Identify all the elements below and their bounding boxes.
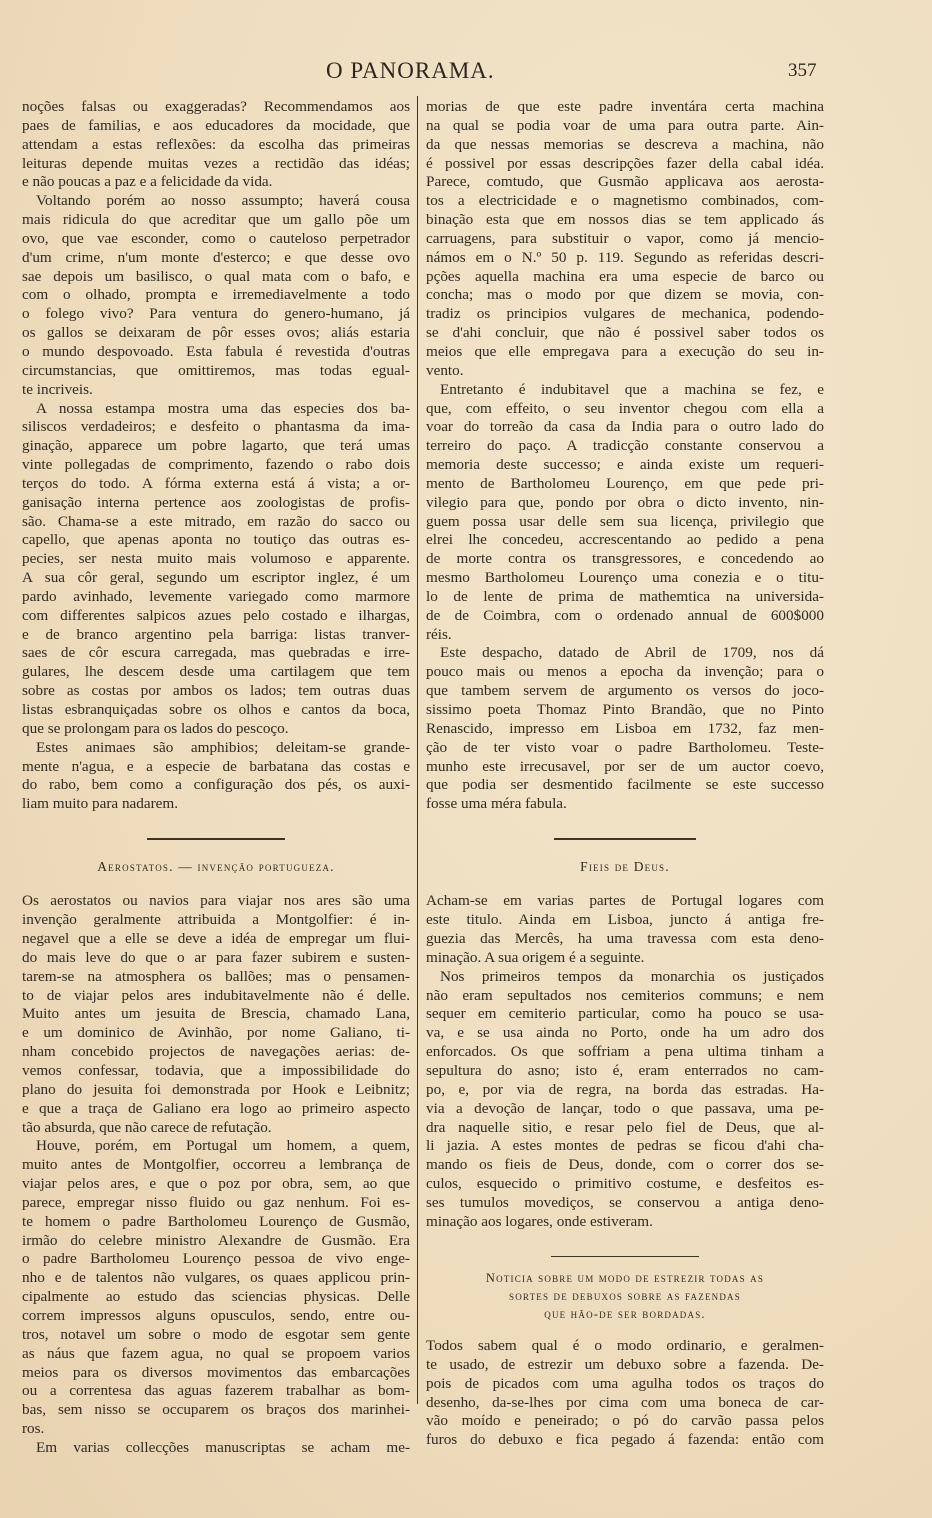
text-line: Este despacho, datado de Abril de 1709, … <box>426 644 824 663</box>
text-line: A sua côr geral, segundo um escriptor in… <box>22 569 410 588</box>
text-line: sequer em cemiterio particular, como ha … <box>426 1005 824 1024</box>
text-line: memoria deste successo; e ainda existe u… <box>426 456 824 475</box>
text-line: liam muito para nadarem. <box>22 795 410 814</box>
text-line: réis. <box>426 626 824 645</box>
text-line: guem possa usar delle sem sua licença, p… <box>426 513 824 532</box>
text-line: siliscos verdadeiros; e desfeito o phant… <box>22 418 410 437</box>
basilisk-paragraph-1: noções falsas ou exaggeradas? Recommenda… <box>22 98 410 192</box>
text-line: mando os fieis de Deus, donde, com o cor… <box>426 1156 824 1175</box>
text-line: tradiz os principios vulgares de mechani… <box>426 305 824 324</box>
text-line: morias de que este padre inventára certa… <box>426 98 824 117</box>
text-line: meios para os diversos movimentos das em… <box>22 1364 410 1383</box>
right-column: morias de que este padre inventára certa… <box>426 98 824 1450</box>
fieis-de-deus-heading: Fieis de Deus. <box>426 858 824 877</box>
text-line: com o olhado, prompta e irremediavelment… <box>22 286 410 305</box>
noticia-paragraph-1: Todos sabem qual é o modo ordinario, e g… <box>426 1337 824 1450</box>
journal-title: O PANORAMA. <box>326 58 495 84</box>
text-line: fosse uma méra fabula. <box>426 795 824 814</box>
text-line: o mundo despovoado. Esta fabula é revest… <box>22 343 410 362</box>
text-line: voar do torreão da casa da India para o … <box>426 418 824 437</box>
text-line: sae depois um basilisco, o qual mata com… <box>22 268 410 287</box>
text-line: listas esbranquiçadas sobre os olhos e c… <box>22 701 410 720</box>
text-line: dra naquelle sitio, e resar pelo fiel de… <box>426 1119 824 1138</box>
text-line: as náus que fazem agua, no qual se propo… <box>22 1345 410 1364</box>
text-line: mente n'agua, e a especie de barbatana d… <box>22 758 410 777</box>
aerostatos-paragraph-1: Os aerostatos ou navios para viajar nos … <box>22 892 410 1137</box>
text-line: e de branco argentino pela barriga: list… <box>22 626 410 645</box>
text-line: e que a traça de Galiano era logo ao pri… <box>22 1100 410 1119</box>
text-line: com differentes salpicos azues pelo cost… <box>22 607 410 626</box>
text-line: negavel que a elle se deve a idéa de emp… <box>22 930 410 949</box>
text-line: o padre Bartholomeu Lourenço pessoa de v… <box>22 1250 410 1269</box>
text-line: pecies, ser nesta muito mais volumoso e … <box>22 550 410 569</box>
text-line: mento de Bartholomeu Lourenço, em que pe… <box>426 475 824 494</box>
text-line: do mais leve do que o ar para fazer subi… <box>22 949 410 968</box>
text-line: sepultura do asno; isto é, eram enterrad… <box>426 1062 824 1081</box>
text-line: nho e de talentos não vulgares, os quaes… <box>22 1269 410 1288</box>
text-line: sortes de debuxos sobre as fazendas <box>426 1287 824 1305</box>
text-line: Acham-se em varias partes de Portugal lo… <box>426 892 824 911</box>
text-line: Entretanto é indubitavel que a machina s… <box>426 381 824 400</box>
text-line: vão moído e peneirado; o pó do carvão pa… <box>426 1412 824 1431</box>
text-line: terços do todo. A fórma externa está á v… <box>22 475 410 494</box>
text-line: invenção geralmente attribuida a Montgol… <box>22 911 410 930</box>
text-line: Parece, comtudo, que Gusmão applicava ao… <box>426 173 824 192</box>
text-line: attendam a estas reflexões: da escolha d… <box>22 136 410 155</box>
text-line: são. Chama-se a este mitrado, em razão d… <box>22 513 410 532</box>
text-line: e não poucas a paz e a felicidade da vid… <box>22 173 410 192</box>
text-line: Voltando porém ao nosso assumpto; haverá… <box>22 192 410 211</box>
text-line: minação. A sua origem é a seguinte. <box>426 949 824 968</box>
column-divider <box>417 96 418 1404</box>
text-line: cipalmente ao estudo das sciencias physi… <box>22 1288 410 1307</box>
text-line: gulares, lhe descem desde uma cartilagem… <box>22 663 410 682</box>
text-line: te homem o padre Bartholomeu Lourenço de… <box>22 1213 410 1232</box>
text-line: va, e se usa ainda no Porto, onde ha um … <box>426 1024 824 1043</box>
text-line: Renascido, impresso em Lisboa em 1732, f… <box>426 720 824 739</box>
text-line: concha; mas o modo por que dizem se movi… <box>426 286 824 305</box>
text-line: que tambem servem de argumento os versos… <box>426 682 824 701</box>
basilisk-paragraph-2: Voltando porém ao nosso assumpto; haverá… <box>22 192 410 399</box>
text-line: terreiro do paço. A tradicção constante … <box>426 437 824 456</box>
text-line: na qual se podia voar de uma para outra … <box>426 117 824 136</box>
text-line: ses tumulos movediços, se conservou a an… <box>426 1194 824 1213</box>
text-line: noções falsas ou exaggeradas? Recommenda… <box>22 98 410 117</box>
text-line: furos do debuxo e fica pegado á fazenda:… <box>426 1431 824 1450</box>
text-line: bas, sem nisso se occuparem os braços do… <box>22 1401 410 1420</box>
text-line: munho este irrecusavel, por ser de um au… <box>426 758 824 777</box>
text-line: muito antes de Montgolfier, occorreu a l… <box>22 1156 410 1175</box>
text-line: elrei lhe concedeu, accrescentando ao pe… <box>426 531 824 550</box>
text-line: námos em o N.º 50 p. 119. Segundo as ref… <box>426 249 824 268</box>
text-line: te usado, de estrezir um debuxo sobre a … <box>426 1356 824 1375</box>
noticia-heading: Noticia sobre um modo de estrezir todas … <box>426 1269 824 1323</box>
text-line: ros. <box>22 1420 410 1439</box>
text-line: este titulo. Ainda em Lisboa, juncto á a… <box>426 911 824 930</box>
text-line: da que nessas memorias se descreva a mac… <box>426 136 824 155</box>
text-line: vilegio para que, pondo por obra o dicto… <box>426 494 824 513</box>
text-line: te incriveis. <box>22 381 410 400</box>
text-line: Muito antes um jesuita de Brescia, chama… <box>22 1005 410 1024</box>
text-line: que podia ser desmentido facilmente se e… <box>426 776 824 795</box>
text-line: Noticia sobre um modo de estrezir todas … <box>426 1269 824 1287</box>
aerostatos-heading: Aerostatos. — invenção portugueza. <box>22 858 410 877</box>
text-line: de de Coimbra, com o ordenado annual de … <box>426 607 824 626</box>
basilisk-paragraph-4: Estes animaes são amphibios; deleitam-se… <box>22 739 410 814</box>
text-line: correm impressos alguns opusculos, sendo… <box>22 1307 410 1326</box>
aerostatos-paragraph-2: Houve, porém, em Portugal um homem, a qu… <box>22 1137 410 1439</box>
text-line: os gallos se deixaram de pôr esses ovos;… <box>22 324 410 343</box>
text-line: pois de picados com uma agulha todos os … <box>426 1375 824 1394</box>
text-line: pardo avinhado, levemente variegado como… <box>22 588 410 607</box>
text-line: ção de ter visto voar o padre Bartholome… <box>426 739 824 758</box>
text-line: paes de familias, e aos educadores da mo… <box>22 117 410 136</box>
text-line: pouco mais ou menos a epocha da invenção… <box>426 663 824 682</box>
text-line: mesmo Bartholomeu Lourenço uma conezia e… <box>426 569 824 588</box>
fieis-paragraph-2: Nos primeiros tempos da monarchia os jus… <box>426 968 824 1232</box>
text-line: tos a electricidade e o magnetismo combi… <box>426 192 824 211</box>
text-line: binação esta que em nossos dias se tem a… <box>426 211 824 230</box>
text-line: que, com effeito, o seu inventor chegou … <box>426 400 824 419</box>
text-line: é possivel por essas descripções fazer d… <box>426 155 824 174</box>
text-line: Todos sabem qual é o modo ordinario, e g… <box>426 1337 824 1356</box>
text-line: Estes animaes são amphibios; deleitam-se… <box>22 739 410 758</box>
text-line: carruagens, para substituir o vapor, com… <box>426 230 824 249</box>
text-line: sissimo poeta Thomaz Pinto Brandão, que … <box>426 701 824 720</box>
text-line: vemos confessar, todavia, que a impossib… <box>22 1062 410 1081</box>
text-line: parece, empregar nisso fluido ou gaz nen… <box>22 1194 410 1213</box>
aerostatos-paragraph-3: Em varias collecções manuscriptas se ach… <box>22 1439 410 1458</box>
text-line: via a devoção de lançar, todo o que pass… <box>426 1100 824 1119</box>
text-line: que se prolongam para os lados do pescoç… <box>22 720 410 739</box>
aerostatos-continued-paragraph-2: Entretanto é indubitavel que a machina s… <box>426 381 824 645</box>
basilisk-paragraph-3: A nossa estampa mostra uma das especies … <box>22 400 410 739</box>
fieis-paragraph-1: Acham-se em varias partes de Portugal lo… <box>426 892 824 967</box>
left-column: noções falsas ou exaggeradas? Recommenda… <box>22 98 410 1458</box>
text-line: plano do jesuita foi demonstrada por Hoo… <box>22 1081 410 1100</box>
page-number: 357 <box>788 60 817 82</box>
text-line: A nossa estampa mostra uma das especies … <box>22 400 410 419</box>
text-line: to de viajar pelos ares indubitavelmente… <box>22 987 410 1006</box>
text-line: capello, que apenas aponta no toutiço da… <box>22 531 410 550</box>
text-line: pções aquella machina era uma especie de… <box>426 268 824 287</box>
text-line: ginação, apparece um pobre lagarto, que … <box>22 437 410 456</box>
text-line: tros, notavel um sobre o modo de esgotar… <box>22 1326 410 1345</box>
text-line: vinte pollegadas de comprimento, fazendo… <box>22 456 410 475</box>
page-header: O PANORAMA. 357 <box>0 58 932 88</box>
text-line: lo de lente de prima de mathemtica na un… <box>426 588 824 607</box>
text-line: leituras depende muitas vezes a rectidão… <box>22 155 410 174</box>
text-line: sobre as costas por ambos os lados; tem … <box>22 682 410 701</box>
text-line: Os aerostatos ou navios para viajar nos … <box>22 892 410 911</box>
text-line: meios que elle empregava para a execução… <box>426 343 824 362</box>
text-line: tão absurda, que não carece de refutação… <box>22 1119 410 1138</box>
text-line: minação aos logares, onde estiveram. <box>426 1213 824 1232</box>
text-line: nham concebido projectos de navegações a… <box>22 1043 410 1062</box>
text-line: irmão do celebre ministro Alexandre de G… <box>22 1232 410 1251</box>
text-line: Em varias collecções manuscriptas se ach… <box>22 1439 410 1458</box>
text-line: guezia das Mercês, ha uma travessa com e… <box>426 930 824 949</box>
text-line: o folego vivo? Para ventura do genero-hu… <box>22 305 410 324</box>
aerostatos-continued-paragraph-1: morias de que este padre inventára certa… <box>426 98 824 381</box>
text-line: saes de côr escura carregada, mas quebra… <box>22 644 410 663</box>
text-line: vento. <box>426 362 824 381</box>
text-line: de morte contra os transgressores, e con… <box>426 550 824 569</box>
text-line: tarem-se na atmosphera os ballões; mas o… <box>22 968 410 987</box>
text-line: do rabo, bem como a configuração dos pés… <box>22 776 410 795</box>
text-line: enforcados. Os que soffriam a pena ultim… <box>426 1043 824 1062</box>
text-line: desenho, da-se-lhes por cima com uma bon… <box>426 1394 824 1413</box>
text-line: ganisação interna pertence aos zoologist… <box>22 494 410 513</box>
text-line: mais ridicula do que acreditar que um ga… <box>22 211 410 230</box>
text-line: li jazia. A estes montes de pedras se fi… <box>426 1137 824 1156</box>
text-line: Houve, porém, em Portugal um homem, a qu… <box>22 1137 410 1156</box>
text-line: ou a correntesa das aguas fazerem trabal… <box>22 1382 410 1401</box>
aerostatos-continued-paragraph-3: Este despacho, datado de Abril de 1709, … <box>426 644 824 814</box>
text-line: ovo, que vae esconder, como o cauteloso … <box>22 230 410 249</box>
text-line: Nos primeiros tempos da monarchia os jus… <box>426 968 824 987</box>
text-line: d'um crime, n'um monte d'esterco; e que … <box>22 249 410 268</box>
text-line: po, e, por via de regra, na borda das es… <box>426 1081 824 1100</box>
text-line: circumstancias, que omittiremos, mas tod… <box>22 362 410 381</box>
text-line: se d'ahi concluir, que não é possivel sa… <box>426 324 824 343</box>
text-line: não eram sepultados nos cemiterios commu… <box>426 987 824 1006</box>
text-line: culos, esquecido o primitivo costume, e … <box>426 1175 824 1194</box>
text-line: viajar pelos ares, e que o poz por obra,… <box>22 1175 410 1194</box>
text-line: que hão-de ser bordadas. <box>426 1305 824 1323</box>
text-line: e um dominico de Avinhão, por nome Galia… <box>22 1024 410 1043</box>
